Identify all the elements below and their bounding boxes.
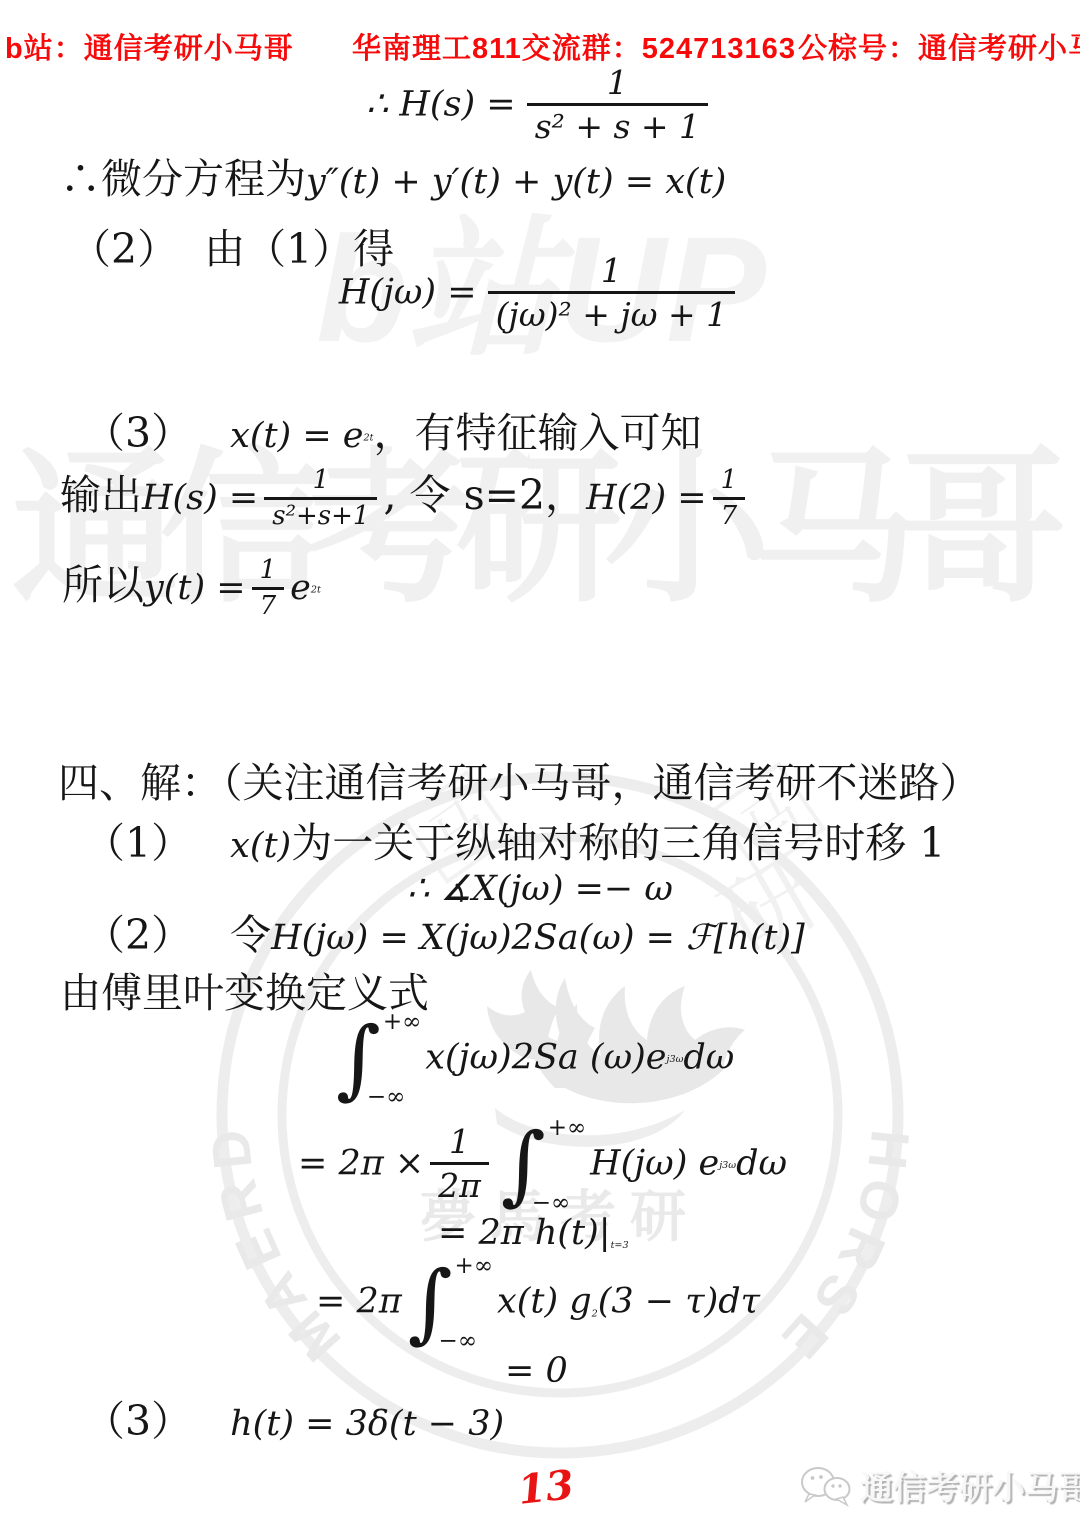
- wechat-icon: [798, 1463, 854, 1509]
- integral-sign: ∫+∞−∞: [336, 1008, 419, 1112]
- stamp-letter: D: [205, 1127, 264, 1172]
- integral-lower-limit: −∞: [367, 1083, 405, 1112]
- equation-integral-2: = 2π ×12π∫+∞−∞H(jω) ej3ωdω: [298, 1118, 787, 1222]
- equation-hjw: H(jω) = 1 (jω)² + jω + 1: [0, 258, 1080, 340]
- fraction-numerator: 1: [252, 556, 285, 587]
- fraction: 17: [713, 466, 746, 532]
- text-math: = 2π: [316, 1282, 402, 1322]
- stamp-letter: E: [224, 1221, 293, 1278]
- eq-lead: ∴ H(s) =: [366, 84, 516, 124]
- text-cn: 所以: [62, 561, 144, 609]
- subscript: t=3: [611, 1240, 629, 1251]
- fraction: 1 s² + s + 1: [527, 64, 708, 146]
- stamp-letter: R: [207, 1174, 275, 1227]
- integral-lower-limit: −∞: [439, 1327, 477, 1356]
- fraction: 12π: [430, 1123, 489, 1205]
- text-math: dω: [683, 1038, 734, 1078]
- integral-upper-limit: +∞: [548, 1114, 586, 1143]
- text-cn: 四、解：（关注通信考研小马哥，通信考研不迷路）: [58, 759, 981, 807]
- fraction-numerator: 1: [441, 1123, 478, 1162]
- text-math: H(jω) = X(jω)2Sa(ω) = ℱ[h(t)]: [271, 918, 805, 958]
- text-cn: 输出: [60, 471, 142, 519]
- integral-upper-limit: +∞: [455, 1252, 493, 1281]
- text-cn: 令: [230, 911, 271, 959]
- text-math: (3 − τ)dτ: [598, 1282, 760, 1322]
- fraction-numerator: 1: [599, 64, 636, 103]
- fraction-denominator: 2π: [430, 1162, 489, 1205]
- fraction-denominator: (jω)² + jω + 1: [488, 291, 736, 334]
- text-math: e: [290, 568, 311, 608]
- item-index: （3）: [84, 409, 192, 457]
- fraction-denominator: 7: [252, 587, 285, 622]
- text-math: y″(t) + y′(t) + y(t) = x(t): [306, 162, 726, 202]
- fraction-numerator: 1: [593, 252, 630, 291]
- line-phase-result: ∴ ∡X(jω) =− ω: [0, 868, 1080, 912]
- text-math: x(jω)2Sa (ω)e: [425, 1038, 666, 1078]
- document-page: b站UP 通信考研小马哥 马 马 研 夢馬考研 D R E A M H O R …: [0, 0, 1080, 1526]
- item-index: （1）: [84, 819, 192, 867]
- text-math: x(t) = e: [230, 416, 363, 456]
- stamp-letter: R: [826, 1219, 897, 1279]
- text-math: H(jω) e: [590, 1144, 719, 1184]
- text-math: dω: [736, 1144, 787, 1184]
- header-bilibili: b站：通信考研小马哥: [5, 26, 294, 67]
- text-math: = 0: [505, 1351, 568, 1391]
- footer-brand: 通信考研小马哥: [798, 1462, 1080, 1509]
- equation-integral-3: = 2π∫+∞−∞x(t) g2(3 − τ)dτ: [316, 1256, 760, 1360]
- text-math: = 2π h(t)|: [438, 1213, 611, 1253]
- superscript: j3ω: [667, 1054, 684, 1065]
- text-math: = 2π ×: [298, 1144, 424, 1184]
- stamp-letter: H: [856, 1127, 915, 1172]
- fraction: 1s²+s+1: [264, 466, 377, 532]
- text-math: H(s) =: [142, 478, 258, 518]
- item-index: （2）: [84, 911, 192, 959]
- text-math: x(t): [230, 826, 291, 866]
- line-p4-part2: （2）令H(jω) = X(jω)2Sa(ω) = ℱ[h(t)]: [84, 910, 805, 961]
- text-math: h(t) = 3δ(t − 3): [230, 1404, 504, 1444]
- fraction: 17: [252, 556, 285, 622]
- integral-sign: ∫+∞−∞: [501, 1114, 584, 1218]
- integral-upper-limit: +∞: [383, 1008, 421, 1037]
- superscript: 2t: [311, 585, 321, 596]
- header-qq-group: 华南理工811交流群：524713163: [352, 26, 796, 67]
- text-cn: ∴微分方程为: [60, 155, 306, 203]
- text-math: H(2) =: [586, 478, 707, 518]
- line-part3-intro: （3）x(t) = e2t，有特征输入可知: [84, 408, 701, 459]
- line-diff-equation: ∴微分方程为y″(t) + y′(t) + y(t) = x(t): [60, 154, 726, 205]
- fraction-denominator: s²+s+1: [264, 497, 377, 532]
- fraction-denominator: s² + s + 1: [527, 103, 708, 146]
- text-math: ∴ ∡X(jω) =− ω: [407, 869, 673, 909]
- equation-zero: = 0: [505, 1350, 568, 1394]
- footer-brand-name: 通信考研小马哥: [860, 1462, 1080, 1509]
- stamp-letter: O: [844, 1172, 913, 1228]
- line-problem4-title: 四、解：（关注通信考研小马哥，通信考研不迷路）: [58, 758, 981, 809]
- item-index: （3）: [84, 1397, 192, 1445]
- equation-ht-eval: = 2π h(t)|t=3: [438, 1212, 629, 1256]
- line-yt-result: 所以y(t) =17e2t: [62, 560, 321, 627]
- fraction-numerator: 1: [713, 466, 746, 497]
- superscript: j3ω: [719, 1160, 736, 1171]
- text-cn: 为一关于纵轴对称的三角信号时移 1: [291, 819, 945, 867]
- text-cn: , 令 s=2，: [383, 471, 586, 519]
- fraction: 1 (jω)² + jω + 1: [488, 252, 736, 334]
- equation-integral-1: ∫+∞−∞x(jω)2Sa (ω)ej3ωdω: [330, 1012, 734, 1116]
- line-p4-part3: （3）h(t) = 3δ(t − 3): [84, 1396, 504, 1447]
- header-wechat: 公棕号：通信考研小马哥: [798, 26, 1080, 67]
- fraction-denominator: 7: [713, 497, 746, 532]
- text-math: x(t) g: [497, 1282, 592, 1322]
- superscript: 2t: [364, 433, 374, 444]
- equation-hs: ∴ H(s) = 1 s² + s + 1: [0, 70, 1080, 152]
- fraction-numerator: 1: [305, 466, 338, 497]
- eq-lead: H(jω) =: [339, 272, 477, 312]
- line-output-hs: 输出H(s) =1s²+s+1, 令 s=2，H(2) =17: [60, 470, 751, 537]
- text-cn: ，有特征输入可知: [373, 409, 701, 457]
- page-number: 13: [516, 1461, 576, 1514]
- integral-sign: ∫+∞−∞: [408, 1252, 491, 1356]
- line-p4-part1: （1）x(t)为一关于纵轴对称的三角信号时移 1: [84, 818, 945, 869]
- text-math: y(t) =: [144, 568, 246, 608]
